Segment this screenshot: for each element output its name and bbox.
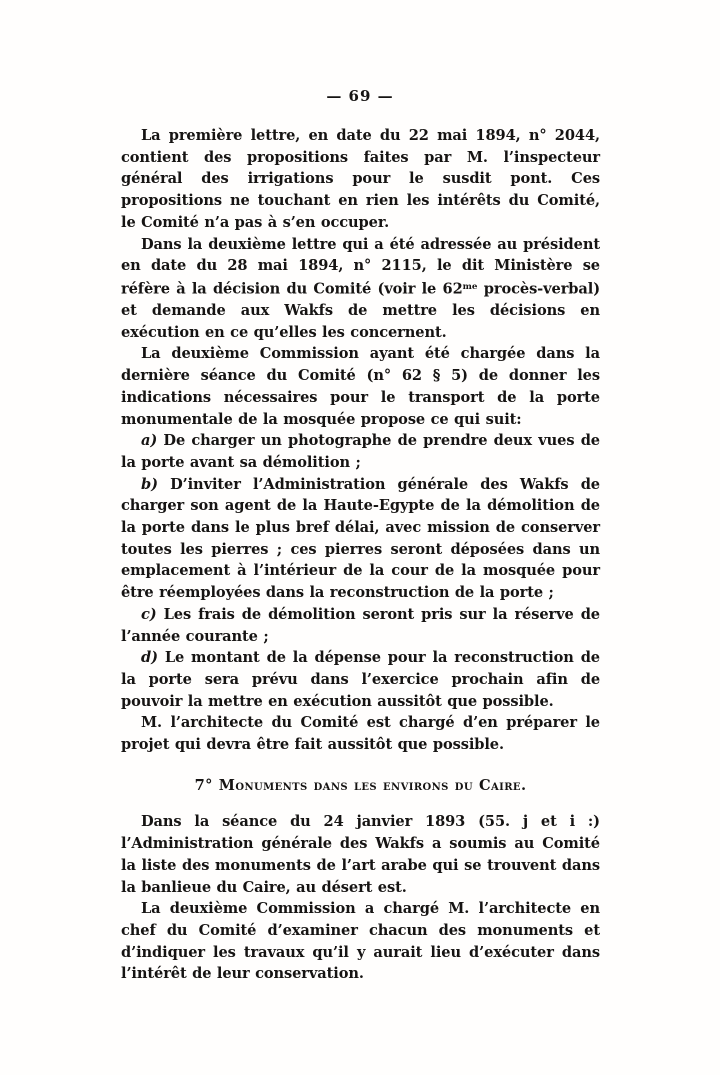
item-marker: b) — [141, 476, 170, 493]
text-block: La première lettre, en date du 22 mai 18… — [121, 125, 600, 985]
paragraph: M. l’architecte du Comité est chargé d’e… — [121, 712, 600, 755]
document-page: — 69 — La première lettre, en date du 22… — [0, 0, 720, 1075]
paragraph: Dans la deuxième lettre qui a été adress… — [121, 234, 600, 344]
paragraph: La deuxième Commission a chargé M. l’arc… — [121, 898, 600, 985]
paragraph: La deuxième Commission ayant été chargée… — [121, 343, 600, 430]
list-item: a) De charger un photographe de prendre … — [121, 430, 600, 473]
item-marker: c) — [141, 606, 164, 623]
page-number: — 69 — — [0, 87, 720, 105]
paragraph: Dans la séance du 24 janvier 1893 (55. j… — [121, 811, 600, 898]
list-item: c) Les frais de démolition seront pris s… — [121, 604, 600, 647]
paragraph: La première lettre, en date du 22 mai 18… — [121, 125, 600, 234]
item-marker: a) — [141, 432, 163, 449]
section-heading: 7° Monuments dans les environs du Caire. — [121, 775, 600, 797]
list-item: d) Le montant de la dépense pour la reco… — [121, 647, 600, 712]
item-marker: d) — [141, 649, 165, 666]
list-item: b) D’inviter l’Administration générale d… — [121, 474, 600, 604]
